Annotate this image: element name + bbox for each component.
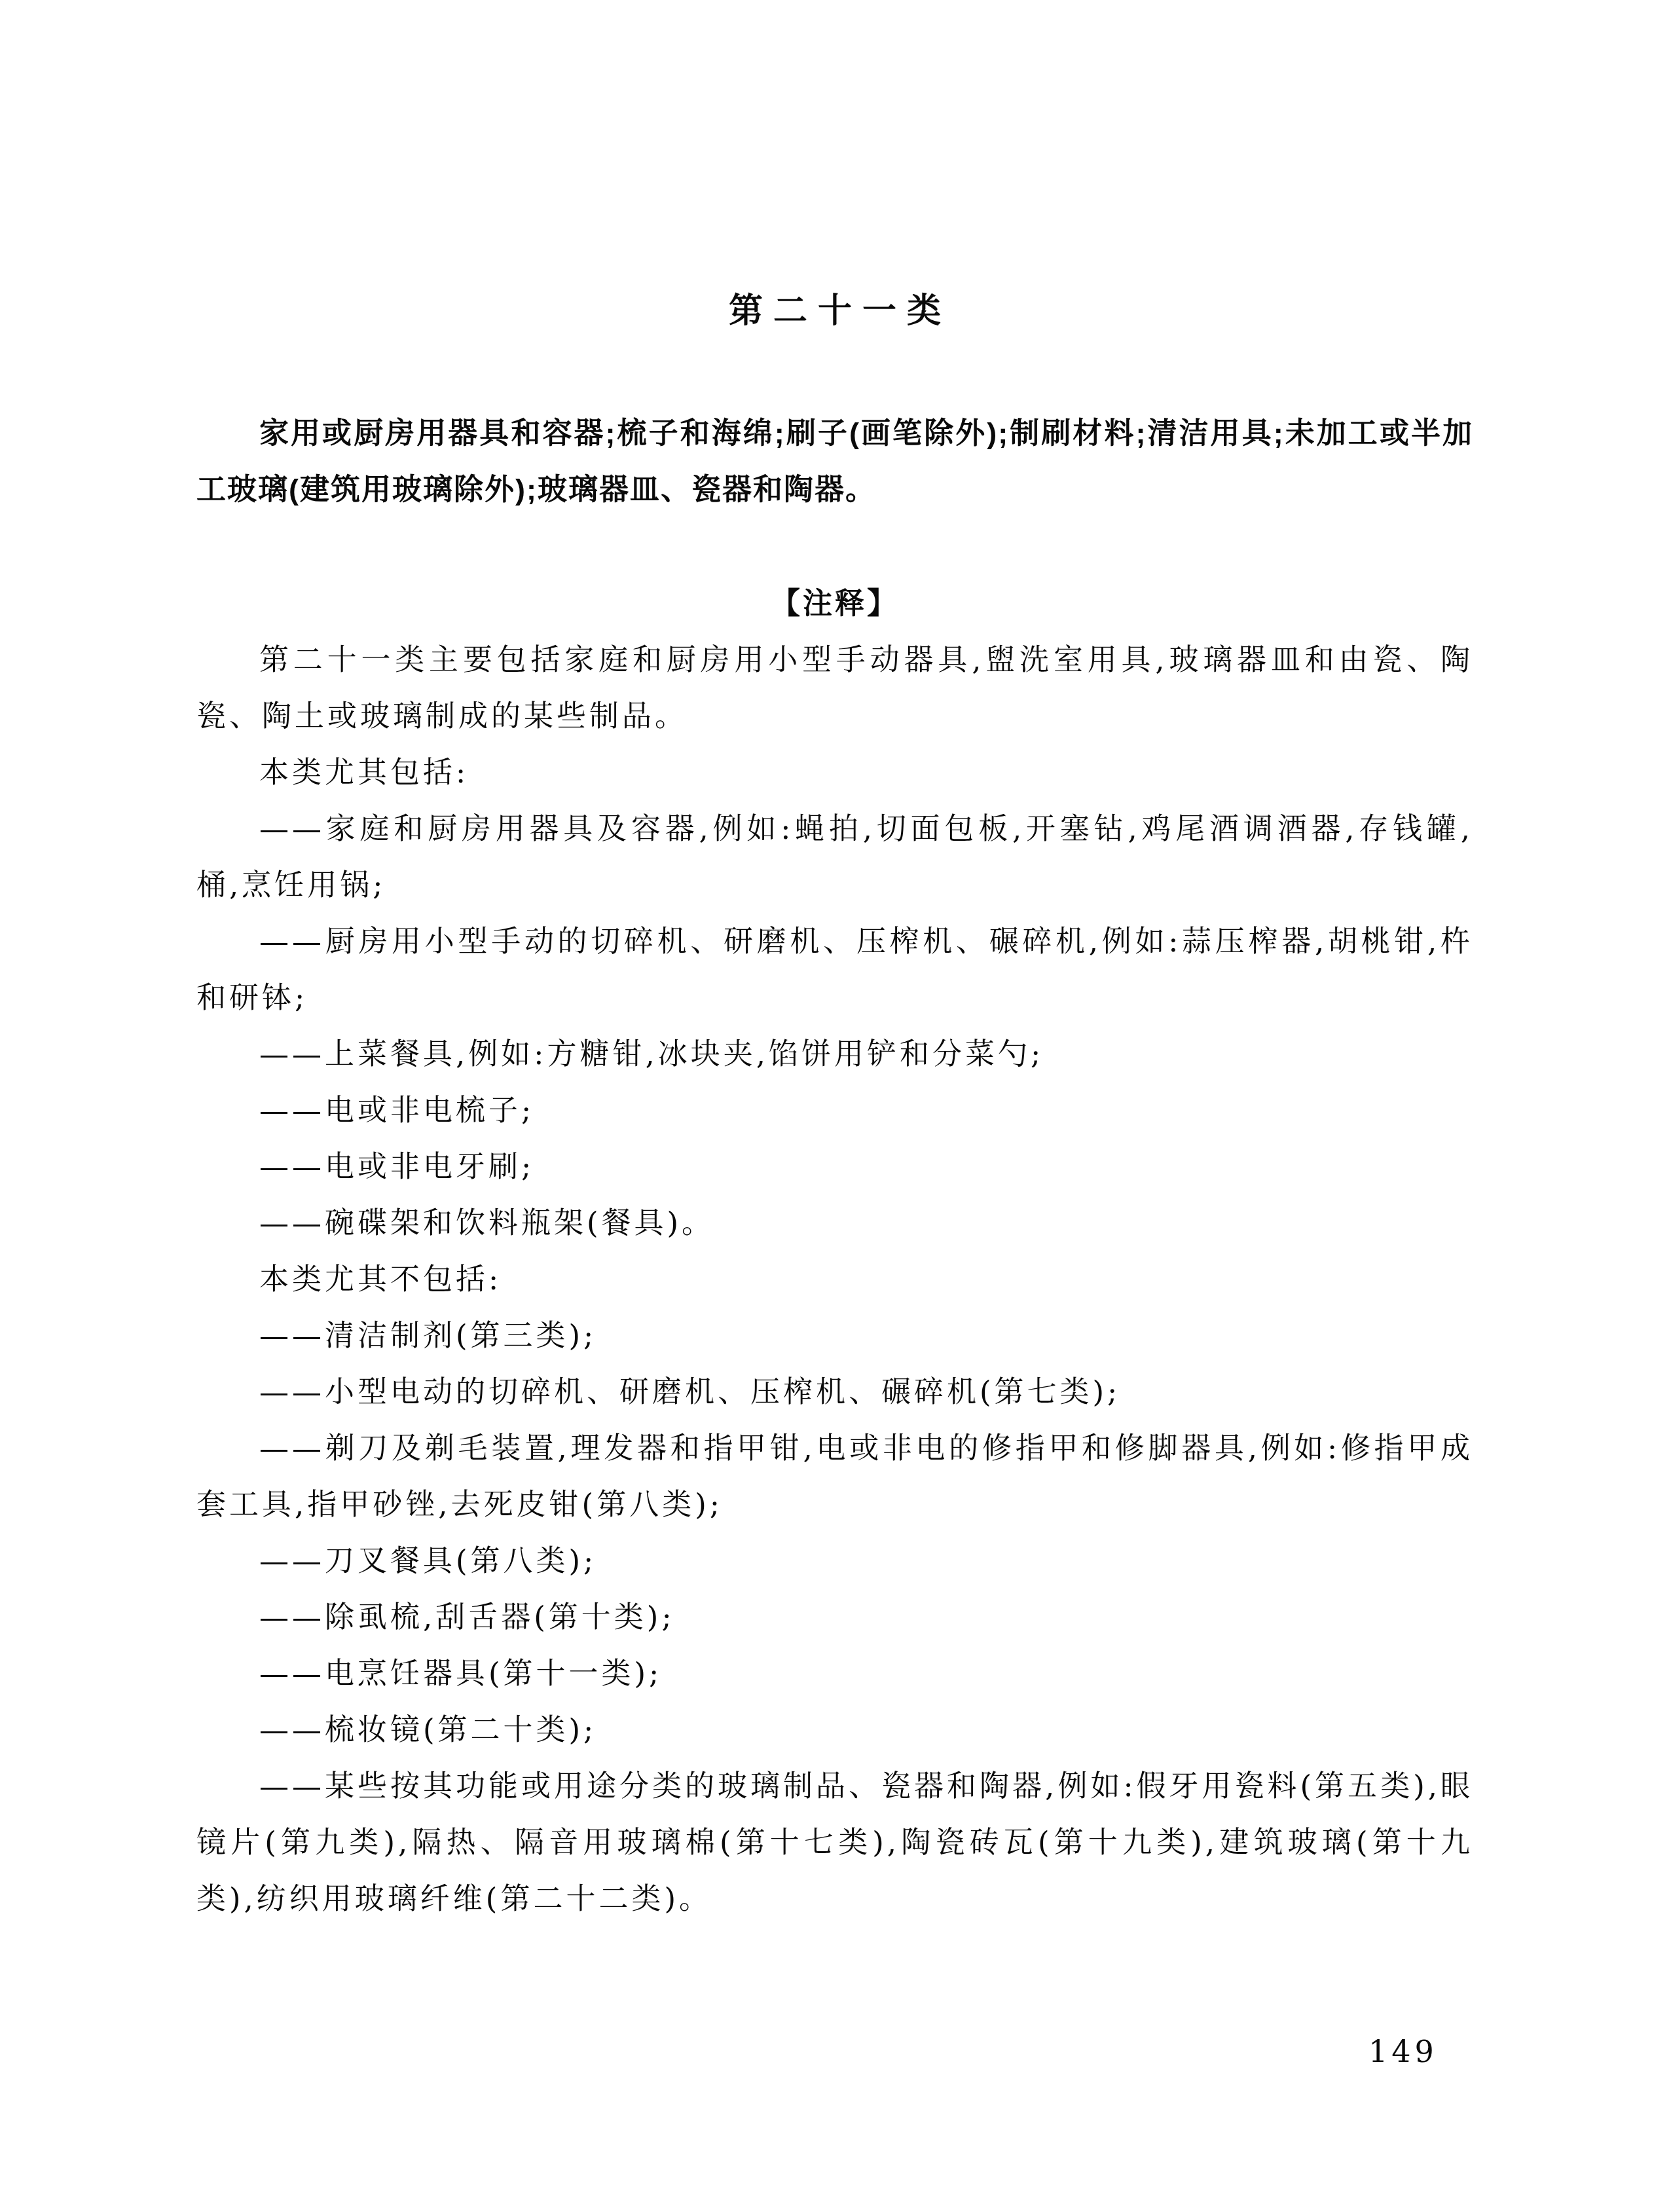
excludes-list-item: ——刀叉餐具(第八类); [196, 1533, 1473, 1589]
includes-header: 本类尤其包括: [196, 745, 1473, 801]
excludes-list-item: ——小型电动的切碎机、研磨机、压榨机、碾碎机(第七类); [196, 1364, 1473, 1420]
excludes-list-item: ——清洁制剂(第三类); [196, 1308, 1473, 1364]
intro-paragraph: 第二十一类主要包括家庭和厨房用小型手动器具,盥洗室用具,玻璃器皿和由瓷、陶瓷、陶… [196, 632, 1473, 745]
notes-section-header: 【注释】 [196, 576, 1473, 632]
includes-list-item: ——电或非电梳子; [196, 1082, 1473, 1139]
excludes-header: 本类尤其不包括: [196, 1251, 1473, 1308]
page-title: 第二十一类 [196, 291, 1473, 331]
document-page: 第二十一类 家用或厨房用器具和容器;梳子和海绵;刷子(画笔除外);制刷材料;清洁… [0, 0, 1671, 2212]
includes-list-item: ——电或非电牙刷; [196, 1139, 1473, 1195]
excludes-list-item: ——除虱梳,刮舌器(第十类); [196, 1589, 1473, 1646]
excludes-list: ——清洁制剂(第三类);——小型电动的切碎机、研磨机、压榨机、碾碎机(第七类);… [196, 1308, 1473, 1927]
includes-list-item: ——上菜餐具,例如:方糖钳,冰块夹,馅饼用铲和分菜勺; [196, 1026, 1473, 1082]
includes-list-item: ——家庭和厨房用器具及容器,例如:蝇拍,切面包板,开塞钻,鸡尾酒调酒器,存钱罐,… [196, 801, 1473, 913]
page-number: 149 [1368, 2034, 1438, 2069]
includes-list-item: ——碗碟架和饮料瓶架(餐具)。 [196, 1195, 1473, 1251]
excludes-list-item: ——剃刀及剃毛装置,理发器和指甲钳,电或非电的修指甲和修脚器具,例如:修指甲成套… [196, 1420, 1473, 1533]
excludes-list-item: ——梳妆镜(第二十类); [196, 1702, 1473, 1758]
class-heading-paragraph: 家用或厨房用器具和容器;梳子和海绵;刷子(画笔除外);制刷材料;清洁用具;未加工… [196, 405, 1473, 518]
includes-list-item: ——厨房用小型手动的切碎机、研磨机、压榨机、碾碎机,例如:蒜压榨器,胡桃钳,杵和… [196, 913, 1473, 1026]
excludes-list-item: ——某些按其功能或用途分类的玻璃制品、瓷器和陶器,例如:假牙用瓷料(第五类),眼… [196, 1758, 1473, 1927]
excludes-list-item: ——电烹饪器具(第十一类); [196, 1646, 1473, 1702]
includes-list: ——家庭和厨房用器具及容器,例如:蝇拍,切面包板,开塞钻,鸡尾酒调酒器,存钱罐,… [196, 801, 1473, 1251]
